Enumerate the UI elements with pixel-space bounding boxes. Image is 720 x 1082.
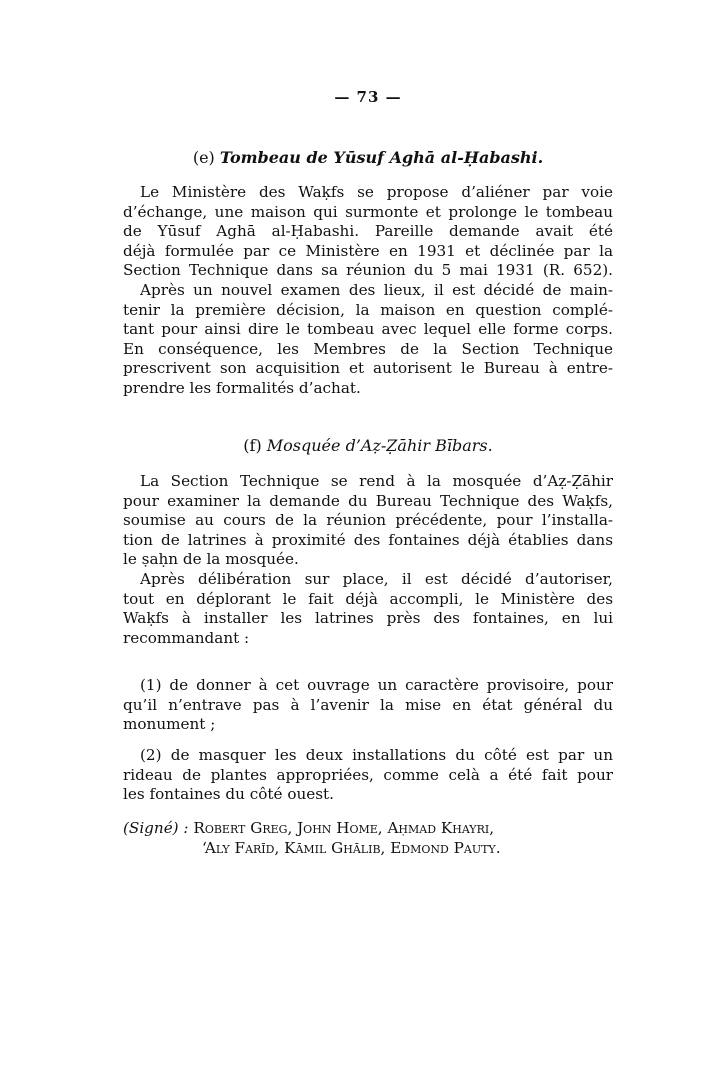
- section-heading-e: (e) Tombeau de Yūsuf Aghā al-Ḥabashi.: [123, 148, 613, 167]
- text-line: tion de latrines à proximité des fontain…: [123, 531, 613, 551]
- signature-block: (Signé) : Robert Greg, John Home, Aḥmad …: [123, 818, 613, 858]
- text-line: prescrivent son acquisition et autorisen…: [123, 359, 613, 379]
- text-line: Section Technique dans sa réunion du 5 m…: [123, 261, 613, 281]
- text-line: déjà formulée par ce Ministère en 1931 e…: [123, 242, 613, 262]
- text-line: recommandant :: [123, 629, 613, 649]
- text-line: monument ;: [123, 715, 613, 735]
- text-line: tant pour ainsi dire le tombeau avec leq…: [123, 320, 613, 340]
- heading-title: Tombeau de Yūsuf Aghā al-Ḥabashi.: [220, 148, 543, 167]
- text-line: prendre les formalités d’achat.: [123, 379, 613, 399]
- heading-prefix: (e): [193, 148, 215, 167]
- heading-title: Mosquée d’Aẓ-Ẓāhir Bībars.: [267, 436, 493, 455]
- text-line: le ṣaḥn de la mosquée.: [123, 550, 613, 570]
- text-line: Le Ministère des Waḳfs se propose d’alié…: [123, 183, 613, 203]
- list-item-1: (1) de donner à cet ouvrage un caractère…: [123, 676, 613, 735]
- text-line: tenir la première décision, la maison en…: [123, 301, 613, 321]
- list-item-2: (2) de masquer les deux installations du…: [123, 746, 613, 805]
- signatories-line-1: Robert Greg, John Home, Aḥmad Khayri,: [193, 819, 494, 837]
- page-number: — 73 —: [123, 88, 613, 106]
- text-line: En conséquence, les Membres de la Sectio…: [123, 340, 613, 360]
- text-line: Waḳfs à installer les latrines près des …: [123, 609, 613, 629]
- text-line: (2) de masquer les deux installations du…: [123, 746, 613, 766]
- section-heading-f: (f) Mosquée d’Aẓ-Ẓāhir Bībars.: [123, 436, 613, 455]
- paragraph: Le Ministère des Waḳfs se propose d’alié…: [123, 183, 613, 281]
- text-line: pour examiner la demande du Bureau Techn…: [123, 492, 613, 512]
- paragraph: La Section Technique se rend à la mosqué…: [123, 472, 613, 570]
- heading-prefix: (f): [243, 436, 261, 455]
- text-line: (1) de donner à cet ouvrage un caractère…: [123, 676, 613, 696]
- text-line: Après un nouvel examen des lieux, il est…: [123, 281, 613, 301]
- text-line: les fontaines du côté ouest.: [123, 785, 613, 805]
- paragraph: Après délibération sur place, il est déc…: [123, 570, 613, 648]
- text-line: d’échange, une maison qui surmonte et pr…: [123, 203, 613, 223]
- paragraph: Après un nouvel examen des lieux, il est…: [123, 281, 613, 399]
- signatories-line-2: ‘Aly Farīd, Kāmil Ghālib, Edmond Pauty.: [123, 838, 613, 858]
- signature-label: (Signé) :: [123, 819, 189, 837]
- text-line: Après délibération sur place, il est déc…: [123, 570, 613, 590]
- text-line: soumise au cours de la réunion précédent…: [123, 511, 613, 531]
- text-line: rideau de plantes appropriées, comme cel…: [123, 766, 613, 786]
- text-line: La Section Technique se rend à la mosqué…: [123, 472, 613, 492]
- text-line: de Yūsuf Aghā al-Ḥabashi. Pareille deman…: [123, 222, 613, 242]
- text-line: tout en déplorant le fait déjà accompli,…: [123, 590, 613, 610]
- text-line: qu’il n’entrave pas à l’avenir la mise e…: [123, 696, 613, 716]
